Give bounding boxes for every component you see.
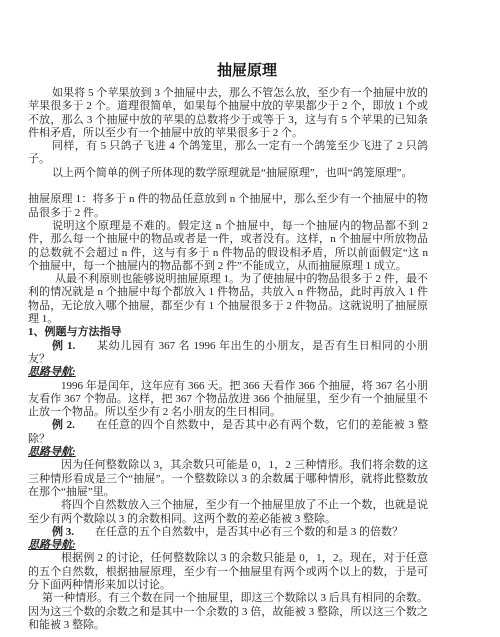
paragraph-apples-intro: 如果将 5 个苹果放到 3 个抽屉中去，那么不管怎么放，至少有一个抽屉中放的苹果… xyxy=(28,87,428,140)
example-2-question: 在任意的四个自然数中，是否其中必有两个数，它们的差能被 3 整除？ xyxy=(28,419,428,444)
guide-line-3: 思路导航: xyxy=(28,539,428,552)
paragraph-principle-proof: 说明这个原理是不难的。假定这 n 个抽屉中，每一个抽屉内的物品都不到 2 件，那… xyxy=(28,220,428,273)
example-3-question: 在任意的五个自然数中，是否其中必有三个数的和是 3 的倍数？ xyxy=(95,526,403,538)
paragraph-summary: 以上两个简单的例子所体现的数学原理就是“抽屉原理”，也叫“鸽笼原理”。 xyxy=(28,167,428,180)
example-2-answer-2: 将四个自然数放入三个抽屉，至少有一个抽屉里放了不止一个数，也就是说至少有两个数除… xyxy=(28,499,428,526)
example-2-label: 例 2. xyxy=(52,419,75,431)
example-3-answer-1: 根据例 2 的讨论，任何整数除以 3 的余数只能是 0，1，2。现在，对于任意的… xyxy=(28,552,428,592)
example-3-answer-2: 第一种情形。有三个数在同一个抽屉里，即这三个数除以 3 后具有相同的余数。因为这… xyxy=(28,592,428,632)
paragraph-pigeons-intro: 同样，有 5 只鸽子飞进 4 个鸽笼里，那么一定有一个鸽笼至少飞进了 2 只鸽子… xyxy=(28,140,428,167)
guide-line-2: 思路导航: xyxy=(28,446,428,459)
section-heading-examples: 1、例题与方法指导 xyxy=(28,326,428,339)
example-2-answer-1: 因为任何整数除以 3，其余数只可能是 0，1，2 三种情形。我们将余数的这三种情… xyxy=(28,459,428,499)
example-1-answer: 1996 年是闰年，这年应有 366 天。把 366 天看作 366 个抽屉，将… xyxy=(28,380,428,420)
guide-label-1: 思路导航: xyxy=(28,366,76,378)
guide-line-1: 思路导航: xyxy=(28,366,428,379)
paragraph-worst-case: 从最不利原则也能够说明抽屉原理 1。为了使抽屉中的物品很多于 2 件，最不利的情… xyxy=(28,273,428,326)
example-3-label: 例 3. xyxy=(52,526,74,538)
example-1-question: 某幼儿园有 367 名 1996 年出生的小朋友，是否有生日相同的小朋友？ xyxy=(28,340,428,365)
guide-label-3: 思路导航: xyxy=(28,539,76,551)
example-3-question-line: 例 3.在任意的五个自然数中，是否其中必有三个数的和是 3 的倍数？ xyxy=(28,526,428,539)
page-title: 抽屉原理 xyxy=(0,63,494,80)
example-1-question-line: 例 1.某幼儿园有 367 名 1996 年出生的小朋友，是否有生日相同的小朋友… xyxy=(28,340,428,367)
guide-label-2: 思路导航: xyxy=(28,446,76,458)
document-page: 抽屉原理 如果将 5 个苹果放到 3 个抽屉中去，那么不管怎么放，至少有一个抽屉… xyxy=(0,0,500,637)
example-1-label: 例 1. xyxy=(52,340,75,352)
paragraph-principle-1: 抽屉原理 1：将多于 n 件的物品任意放到 n 个抽屉中，那么至少有一个抽屉中的… xyxy=(28,193,428,220)
example-2-question-line: 例 2.在任意的四个自然数中，是否其中必有两个数，它们的差能被 3 整除？ xyxy=(28,419,428,446)
